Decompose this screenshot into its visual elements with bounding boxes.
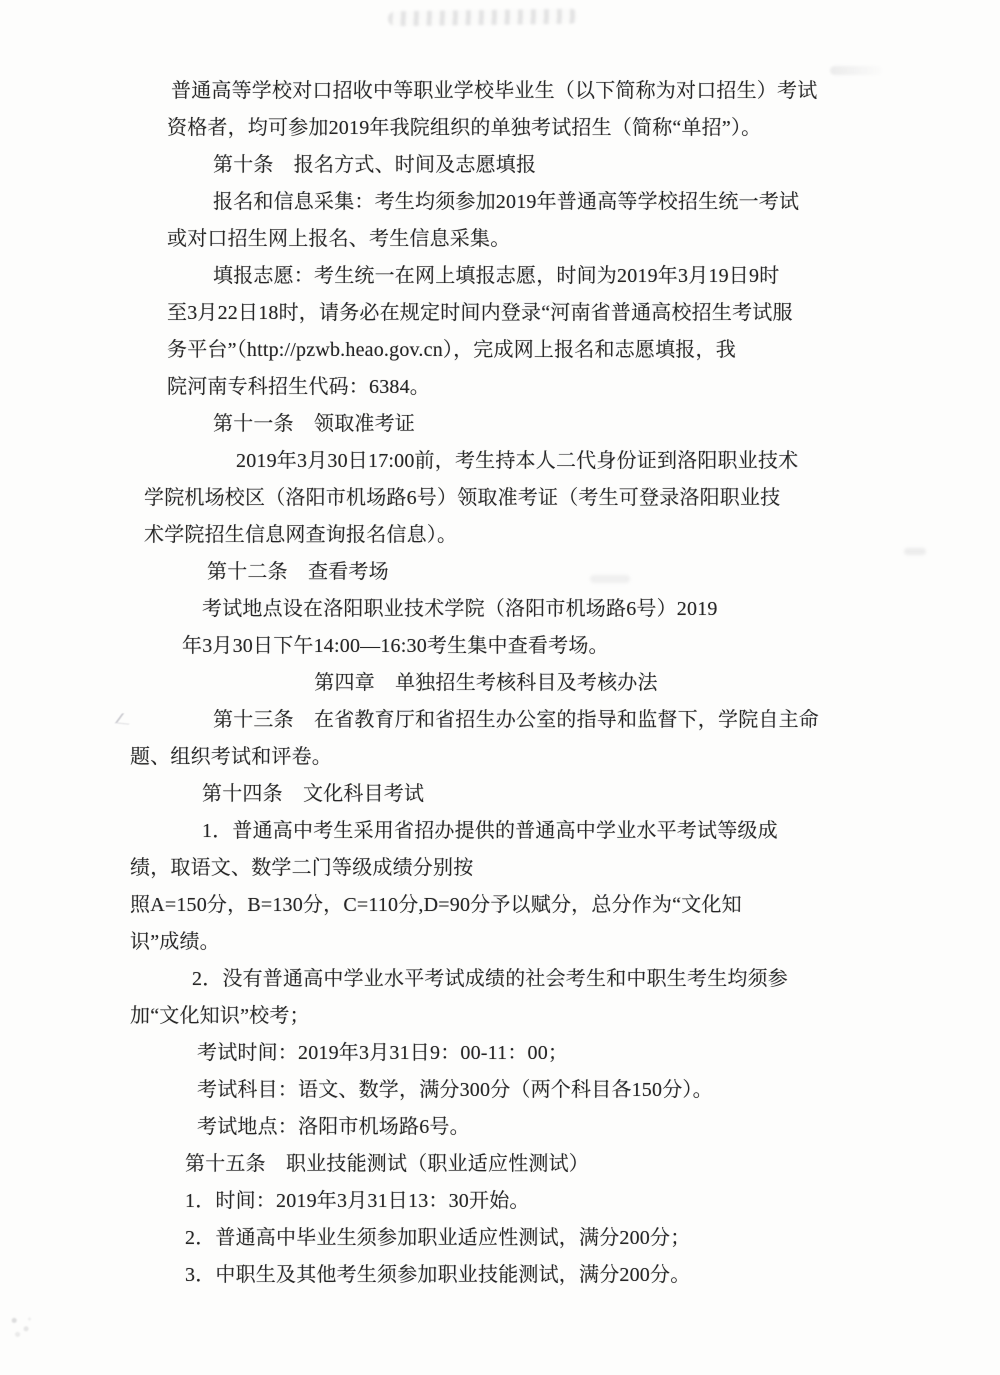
paragraph-line: 普通高等学校对口招收中等职业学校毕业生（以下简称为对口招生）考试	[0, 73, 1000, 110]
paragraph-line: 术学院招生信息网查询报名信息）。	[0, 517, 1000, 554]
paragraph-line: 2019年3月30日17:00前，考生持本人二代身份证到洛阳职业技术	[0, 443, 1000, 480]
paragraph-line: 或对口招生网上报名、考生信息采集。	[0, 221, 1000, 258]
paragraph-line: 院河南专科招生代码：6384。	[0, 369, 1000, 406]
article-heading: 第十二条 查看考场	[0, 554, 1000, 591]
paragraph-line: 考试地点：洛阳市机场路6号。	[0, 1109, 1000, 1146]
list-item-line: 1．普通高中考生采用省招办提供的普通高中学业水平考试等级成	[0, 813, 1000, 850]
paragraph-line: 学院机场校区（洛阳市机场路6号）领取准考证（考生可登录洛阳职业技	[0, 480, 1000, 517]
article-heading: 第十一条 领取准考证	[0, 406, 1000, 443]
document-body: 普通高等学校对口招收中等职业学校毕业生（以下简称为对口招生）考试资格者，均可参加…	[0, 73, 1000, 1294]
paragraph-line: 考试地点设在洛阳职业技术学院（洛阳市机场路6号）2019	[0, 591, 1000, 628]
list-item-line: 2．没有普通高中学业水平考试成绩的社会考生和中职生考生均须参	[0, 961, 1000, 998]
paragraph-line: 加“文化知识”校考；	[0, 998, 1000, 1035]
paragraph-line: 照A=150分，B=130分，C=110分,D=90分予以赋分，总分作为“文化知	[0, 887, 1000, 924]
scan-smudge-top	[388, 9, 578, 27]
list-item-line: 2．普通高中毕业生须参加职业适应性测试，满分200分；	[0, 1220, 1000, 1257]
paragraph-line: 报名和信息采集：考生均须参加2019年普通高等学校招生统一考试	[0, 184, 1000, 221]
paragraph-line: 至3月22日18时，请务必在规定时间内登录“河南省普通高校招生考试服	[0, 295, 1000, 332]
paragraph-line: 识”成绩。	[0, 924, 1000, 961]
scanned-page: 普通高等学校对口招收中等职业学校毕业生（以下简称为对口招生）考试资格者，均可参加…	[0, 0, 1000, 1375]
paragraph-line: 年3月30日下午14:00—16:30考生集中查看考场。	[0, 628, 1000, 665]
paragraph-line: 资格者，均可参加2019年我院组织的单独考试招生（简称“单招”）。	[0, 110, 1000, 147]
article-heading: 第十条 报名方式、时间及志愿填报	[0, 147, 1000, 184]
scan-smudge-corner	[4, 1312, 38, 1340]
paragraph-line: 考试时间：2019年3月31日9：00-11：00；	[0, 1035, 1000, 1072]
paragraph-line: 绩，取语文、数学二门等级成绩分别按	[0, 850, 1000, 887]
paragraph-line: 务平台”（http://pzwb.heao.gov.cn），完成网上报名和志愿填…	[0, 332, 1000, 369]
paragraph-line: 考试科目：语文、数学，满分300分（两个科目各150分）。	[0, 1072, 1000, 1109]
article-heading: 第十四条 文化科目考试	[0, 776, 1000, 813]
list-item-line: 3．中职生及其他考生须参加职业技能测试，满分200分。	[0, 1257, 1000, 1294]
article-heading: 第十三条 在省教育厅和省招生办公室的指导和监督下，学院自主命	[0, 702, 1000, 739]
chapter-heading: 第四章 单独招生考核科目及考核办法	[0, 665, 986, 702]
list-item-line: 1．时间：2019年3月31日13：30开始。	[0, 1183, 1000, 1220]
article-heading: 第十五条 职业技能测试（职业适应性测试）	[0, 1146, 1000, 1183]
paragraph-line: 题、组织考试和评卷。	[0, 739, 1000, 776]
paragraph-line: 填报志愿：考生统一在网上填报志愿，时间为2019年3月19日9时	[0, 258, 1000, 295]
